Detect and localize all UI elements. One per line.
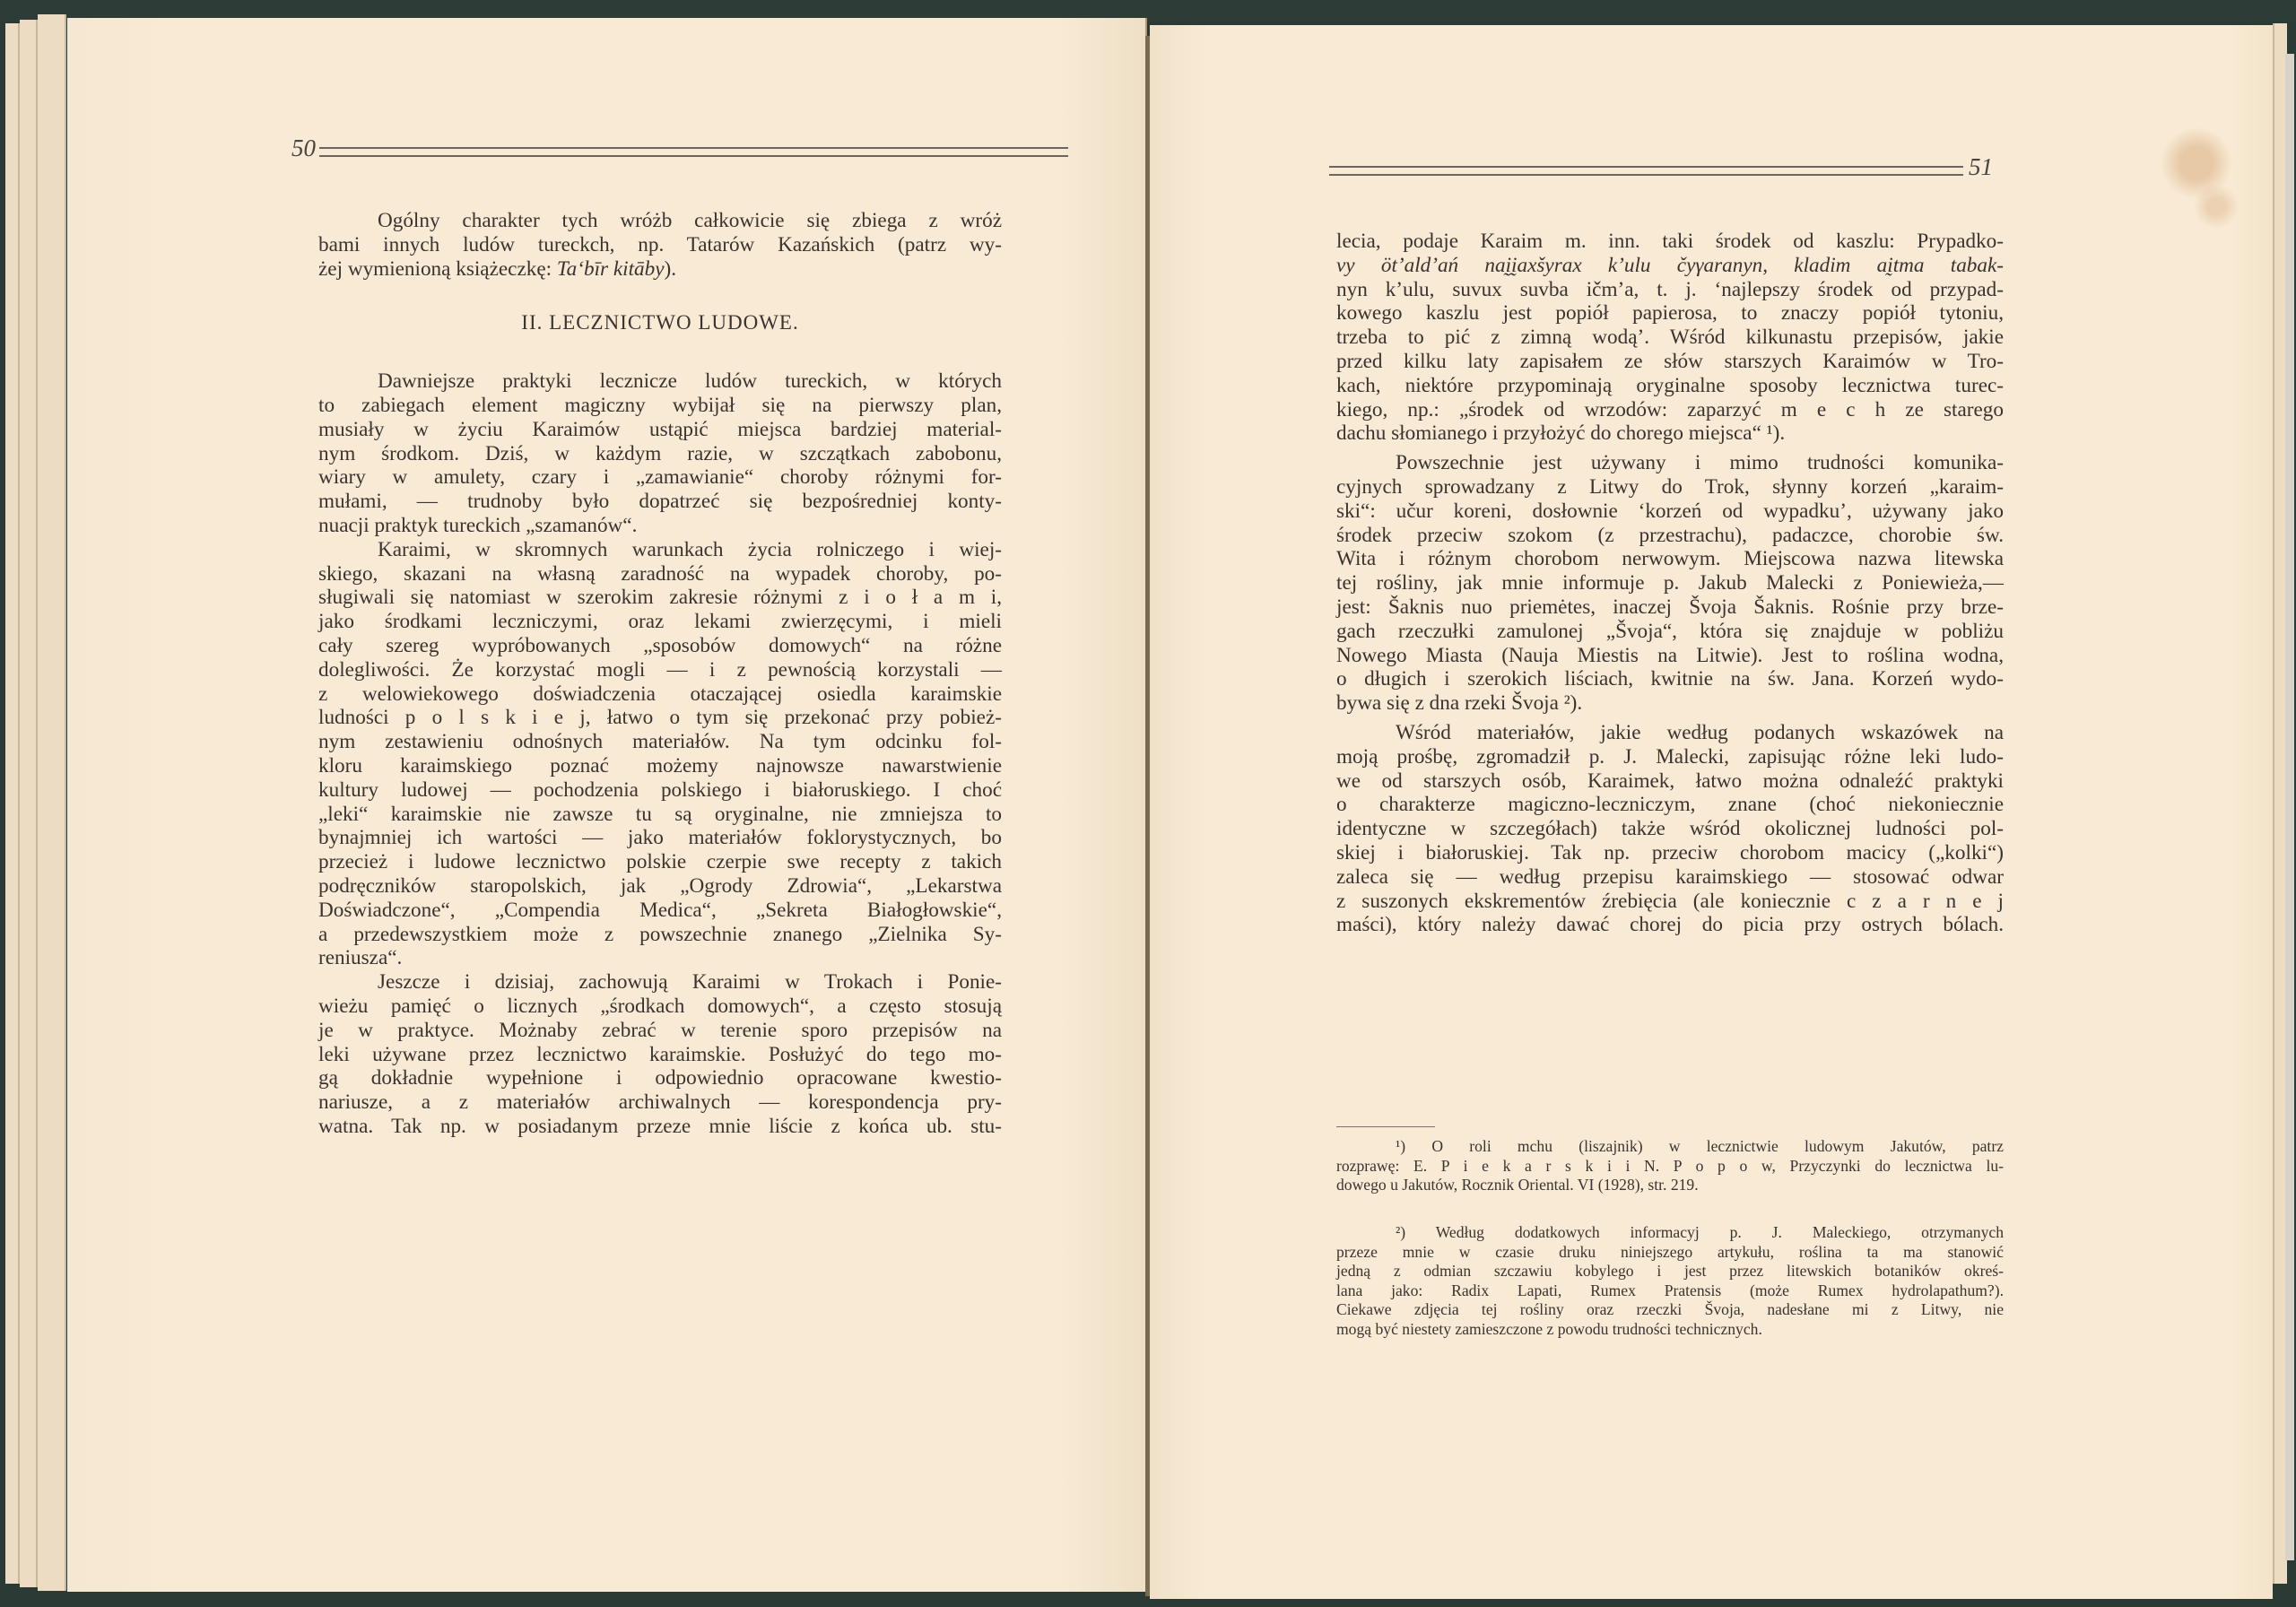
page-number: 51 [1969,155,1993,179]
footnote-line: mogą być niestety zamieszczone z powodu … [1336,1320,2004,1340]
footnote-line: lana jako: Radix Lapati, Rumex Pratensis… [1336,1281,2004,1301]
footnote-line: rozprawę: E. P i e k a r s k i i N. P o … [1336,1157,2004,1177]
header-double-rule [319,147,1068,157]
text-line: nuacji praktyk tureckich „szamanów“. [318,514,1002,538]
text-line: identyczne w szczegółach) także wśród ok… [1336,817,2004,841]
footnote-line: ²) Według dodatkowych informacyj p. J. M… [1336,1223,2004,1243]
right-text-column: lecia, podaje Karaim m. inn. taki środek… [1336,230,2004,937]
text-line: je w praktyce. Możnaby zebrać w terenie … [318,1019,1002,1043]
text-line: leki używane przez lecznictwo karaimskie… [318,1043,1002,1067]
text-line: gą dokładnie wypełnione i odpowiednio op… [318,1066,1002,1090]
text-line: wiary w amulety, czary i „zamawianie“ ch… [318,465,1002,490]
page-number: 50 [291,136,316,161]
text-line: Wita i różnym chorobom nerwowym. Miejsco… [1336,547,2004,571]
text-line: przecież i ludowe lecznictwo polskie cze… [318,850,1002,874]
text-line: kultury ludowej — pochodzenia polskiego … [318,778,1002,803]
text-line: Wśród materiałów, jakie według podanych … [1336,721,2004,745]
text-line: nyn k’ulu, suvux suvba ičm’a, t. j. ‘naj… [1336,278,2004,302]
text-line: to zabiegach element magiczny wybijał si… [318,394,1002,418]
footnote-2: ²) Według dodatkowych informacyj p. J. M… [1336,1223,2004,1340]
text-line: bami innych ludów tureckch, np. Tatarów … [318,233,1002,257]
text-line: Karaimi, w skromnych warunkach życia rol… [318,538,1002,562]
page-edge [38,14,66,1591]
text-line: Ogólny charakter tych wróżb całkowicie s… [318,209,1002,233]
text-line: kiego, np.: „środek od wrzodów: zaparzyć… [1336,398,2004,422]
text-line: cały szereg wypróbowanych „sposobów domo… [318,634,1002,658]
page-header: 50 [291,136,1068,161]
text-line: dachu słomianego i przyłożyć do chorego … [1336,421,2004,446]
text-line: ski“: učur koreni, dosłownie ‘korzeń od … [1336,499,2004,524]
page-header: 51 [1329,155,1993,179]
text-line: lecia, podaje Karaim m. inn. taki środek… [1336,230,2004,254]
text-line: z welowiekowego doświadczenia otaczające… [318,682,1002,707]
text-line: jest: Šaknis nuo priemėtes, inaczej Švoj… [1336,595,2004,620]
text-line: Doświadczone“, „Compendia Medica“, „Sekr… [318,899,1002,923]
text-line: z suszonych ekskrementów źrebięcia (ale … [1336,890,2004,914]
text-line: o charakterze magiczno-leczniczym, znane… [1336,793,2004,817]
text-line: vy öt’ald’ań naḭḭaxšyrax k’ulu čyγaranyn… [1336,254,2004,278]
text-line: zaleca się — według przepisu karaimskieg… [1336,865,2004,890]
text-line: Jeszcze i dzisiaj, zachowują Karaimi w T… [318,970,1002,995]
header-double-rule [1329,166,1963,176]
page-edge [20,20,38,1587]
text-line: dolegliwości. Że korzystać mogli — i z p… [318,658,1002,682]
page-edge [5,23,20,1584]
foxing-stains [2147,106,2246,249]
text-line: kach, niektóre przypominają oryginalne s… [1336,374,2004,398]
text-line: Dawniejsze praktyki lecznicze ludów ture… [318,369,1002,394]
text-line: musiały w życiu Karaimów ustąpić miejsca… [318,418,1002,442]
text-line: a przedewszystkiem może z powszechnie zn… [318,923,1002,947]
text-line: skiego, skazani na własną zaradność na w… [318,562,1002,586]
left-text-column: Ogólny charakter tych wróżb całkowicie s… [318,209,1002,1139]
text-line: Powszechnie jest używany i mimo trudnośc… [1336,451,2004,475]
text-line: tej rośliny, jak mnie informuje p. Jakub… [1336,571,2004,595]
text-line: reniusza“. [318,946,1002,970]
text-line: nariusze, a z materiałów archiwalnych — … [318,1090,1002,1115]
text-line: bynajmniej ich wartości — jako materiałó… [318,826,1002,850]
text-line: trzeba to pić z zimną wodą’. Wśród kilku… [1336,326,2004,350]
footnote-line: Ciekawe zdjęcia tej rośliny oraz rzeczki… [1336,1300,2004,1320]
text-line: watna. Tak np. w posiadanym przeze mnie … [318,1115,1002,1139]
text-line: żej wymienioną książeczkę: Ta‘bīr kitāby… [318,257,1002,282]
footnote-line: jedną z odmian szczawiu kobylego i jest … [1336,1262,2004,1281]
text-line: kloru karaimskiego poznać możemy najnows… [318,754,1002,778]
text-line: Nowego Miasta (Nauja Miestis na Litwie).… [1336,644,2004,668]
text-line: środek przeciw szokom (z przestrachu), p… [1336,524,2004,548]
text-line: gach rzeczułki zamulonej „Švoja“, która … [1336,620,2004,644]
text-line: moją prośbę, zgromadził p. J. Malecki, z… [1336,745,2004,769]
footnote-1: ¹) O roli mchu (liszajnik) w lecznictwie… [1336,1137,2004,1195]
text-line: maści), który należy dawać chorej do pic… [1336,913,2004,937]
page-edge [2285,54,2294,1560]
left-page: 50 Ogólny charakter tych wróżb całkowici… [67,18,1147,1592]
italic-title: Ta‘bīr kitāby [557,257,665,281]
karaim-quote: vy öt’ald’ań naḭḭaxšyrax k’ulu čyγaranyn… [1336,254,2004,277]
text-line: jako środkami leczniczymi, oraz lekami z… [318,610,1002,634]
text-line: kowego kaszlu jest popiół papierosa, to … [1336,301,2004,326]
text-line: przed kilku laty zapisałem ze słów stars… [1336,350,2004,374]
text-line: skiej i białoruskiej. Tak np. przeciw ch… [1336,841,2004,865]
text-line: nym zestawieniu odnośnych materiałów. Na… [318,730,1002,754]
text-line: ludności p o l s k i e j, łatwo o tym si… [318,706,1002,730]
text-line: we od starszych osób, Karaimek, łatwo mo… [1336,769,2004,794]
footnote-line: ¹) O roli mchu (liszajnik) w lecznictwie… [1336,1137,2004,1157]
text-line: mułami, — trudnoby było dopatrzeć się be… [318,490,1002,514]
text-line: „leki“ karaimskie nie zawsze tu są orygi… [318,803,1002,827]
text-line: sługiwali się natomiast w szerokim zakre… [318,586,1002,610]
text-line: o długich i szerokich liściach, kwitnie … [1336,667,2004,691]
text-line: nym środkom. Dziś, w każdym razie, w szc… [318,442,1002,466]
text-line: wieżu pamięć o licznych „środkach domowy… [318,995,1002,1019]
text-line: cyjnych sprowadzany z Litwy do Trok, sły… [1336,475,2004,499]
footnote-line: dowego u Jakutów, Rocznik Oriental. VI (… [1336,1176,2004,1195]
right-page: 51 lecia, podaje Karaim m. inn. taki śro… [1150,25,2273,1599]
section-heading: II. LECZNICTWO LUDOWE. [318,311,1002,335]
text-line: podręczników staropolskich, jak „Ogrody … [318,874,1002,899]
footnote-separator [1336,1126,1435,1127]
text-line: bywa się z dna rzeki Švoja ²). [1336,691,2004,716]
footnote-line: przeze mnie w czasie druku niniejszego a… [1336,1243,2004,1263]
